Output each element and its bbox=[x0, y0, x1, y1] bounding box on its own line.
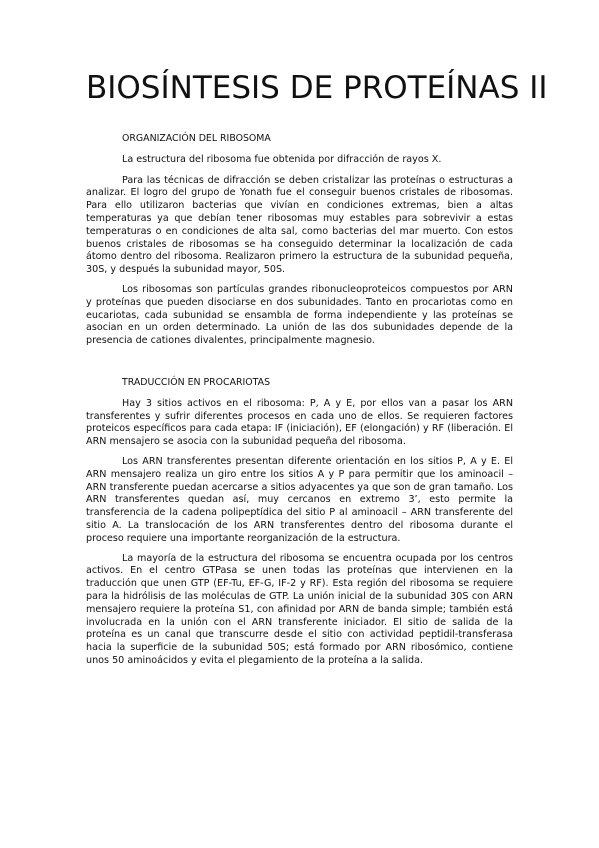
section-organizacion-ribosoma: ORGANIZACIÓN DEL RIBOSOMA La estructura … bbox=[86, 133, 513, 348]
paragraph: Hay 3 sitios activos en el ribosoma: P, … bbox=[86, 398, 513, 449]
document-title: BIOSÍNTESIS DE PROTEÍNAS II bbox=[86, 70, 548, 106]
paragraph: Para las técnicas de difracción se deben… bbox=[86, 175, 513, 277]
paragraph: La mayoría de la estructura del ribosoma… bbox=[86, 553, 513, 668]
document-body: ORGANIZACIÓN DEL RIBOSOMA La estructura … bbox=[86, 133, 513, 675]
paragraph: Los ARN transferentes presentan diferent… bbox=[86, 456, 513, 546]
section-spacer bbox=[86, 355, 513, 377]
section-heading: ORGANIZACIÓN DEL RIBOSOMA bbox=[122, 133, 513, 146]
paragraph: Los ribosomas son partículas grandes rib… bbox=[86, 284, 513, 348]
document-page: BIOSÍNTESIS DE PROTEÍNAS II ORGANIZACIÓN… bbox=[0, 0, 599, 848]
section-traduccion-procariotas: TRADUCCIÓN EN PROCARIOTAS Hay 3 sitios a… bbox=[86, 377, 513, 668]
section-intro: La estructura del ribosoma fue obtenida … bbox=[122, 154, 513, 167]
section-heading: TRADUCCIÓN EN PROCARIOTAS bbox=[122, 377, 513, 390]
